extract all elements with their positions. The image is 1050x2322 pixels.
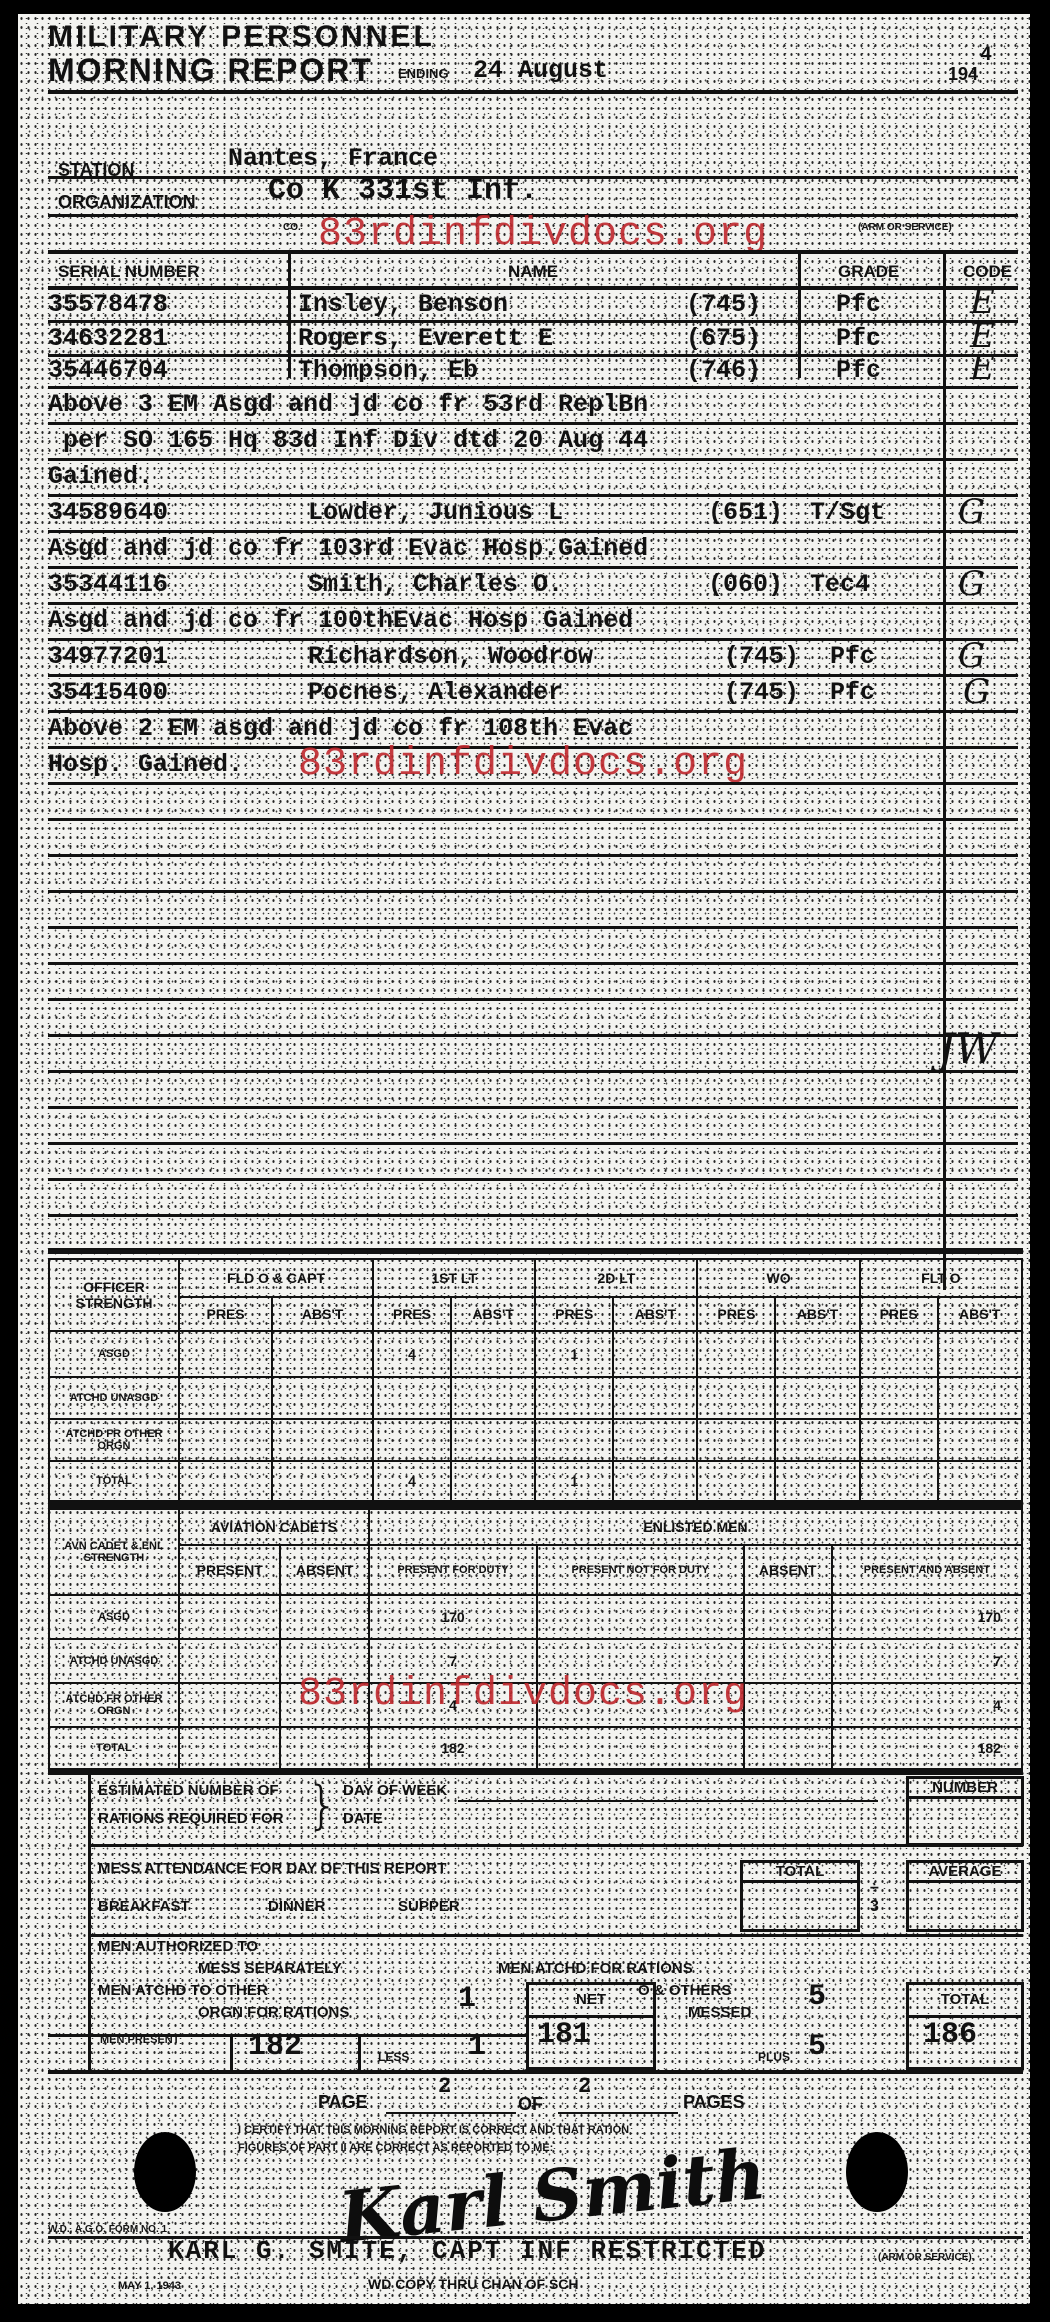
cell xyxy=(451,1461,535,1501)
entry-code: G xyxy=(958,492,985,532)
date-label: DATE xyxy=(343,1810,383,1827)
form-title-line2: MORNING REPORT xyxy=(48,52,373,89)
of-label: OF xyxy=(518,2094,543,2115)
cell xyxy=(697,1331,775,1377)
enlisted-strength-table: AVN CADET & ENL STRENGTH AVIATION CADETS… xyxy=(48,1508,1023,1770)
sub-header: PRES xyxy=(179,1297,272,1331)
entry-remark: per SO 165 Hq 83d Inf Div dtd 20 Aug 44 xyxy=(63,426,648,455)
page-label: PAGE xyxy=(318,2092,368,2113)
binder-hole-right xyxy=(846,2132,908,2212)
less-label: LESS xyxy=(378,2050,409,2064)
organization-label: ORGANIZATION xyxy=(58,192,196,213)
entry-name: Thompson, Eb xyxy=(298,356,478,385)
total-label: TOTAL xyxy=(909,1985,1021,2018)
handwritten-initials: JW xyxy=(938,1024,998,1073)
cell: 4 xyxy=(373,1461,451,1501)
entry-name: Pocnes, Alexander xyxy=(308,678,563,707)
officer-group-header: FLD O & CAPT xyxy=(179,1259,373,1297)
table-row: TOTAL 4 1 xyxy=(49,1461,1022,1501)
entry-grade: T/Sgt xyxy=(810,498,885,527)
cell: 1 xyxy=(535,1331,613,1377)
cell: 170 xyxy=(369,1595,537,1639)
mess-attendance-label: MESS ATTENDANCE FOR DAY OF THIS REPORT xyxy=(98,1860,446,1877)
certify-line-2: FIGURES OF PART II ARE CORRECT AS REPORT… xyxy=(238,2142,553,2154)
row-label: ATCHD UNASGD xyxy=(49,1377,179,1419)
table-row: ATCHD UNASGD xyxy=(49,1377,1022,1419)
dinner-label: DINNER xyxy=(268,1898,326,1915)
entry-serial: 35415400 xyxy=(48,678,168,707)
entry-name: Rogers, Everett E xyxy=(298,324,553,353)
entry-mos: (745) xyxy=(724,678,799,707)
total-label: TOTAL xyxy=(743,1863,857,1883)
entry-remark: Hosp. Gained. xyxy=(48,750,243,779)
entry-code: G xyxy=(958,636,985,676)
number-label: NUMBER xyxy=(909,1779,1021,1799)
net-label: NET xyxy=(529,1985,653,2018)
entry-remark: Above 2 EM asgd and jd co fr 108th Evac xyxy=(48,714,633,743)
cell xyxy=(938,1331,1022,1377)
entry-mos: (745) xyxy=(724,642,799,671)
col-header: PRESENT NOT FOR DUTY xyxy=(537,1545,744,1595)
average-label: AVERAGE xyxy=(909,1863,1021,1883)
sub-header: ABS'T xyxy=(775,1297,859,1331)
entry-grade: Tec4 xyxy=(810,570,870,599)
organization-value: Co K 331st Inf. xyxy=(268,174,538,208)
report-date: 24 August xyxy=(473,56,608,85)
col-code: CODE xyxy=(963,262,1012,282)
entry-serial: 34977201 xyxy=(48,642,168,671)
officer-strength-title: OFFICER STRENGTH xyxy=(49,1259,179,1331)
sub-header: PRES xyxy=(697,1297,775,1331)
men-authorized-label-1: MEN AUTHORIZED TO xyxy=(98,1938,258,1955)
cell xyxy=(272,1461,373,1501)
cell: 182 xyxy=(832,1727,1022,1769)
watermark: 83rdinfdivdocs.org xyxy=(298,742,748,787)
entry-serial: 34589640 xyxy=(48,498,168,527)
men-atchd-other-label-2: ORGN FOR RATIONS xyxy=(198,2004,349,2021)
sub-header: ABS'T xyxy=(938,1297,1022,1331)
cell xyxy=(179,1331,272,1377)
cell: 4 xyxy=(832,1683,1022,1727)
row-label: TOTAL xyxy=(49,1727,179,1769)
row-label: ATCHD FR OTHER ORGN xyxy=(49,1683,179,1727)
total-box: TOTAL 186 xyxy=(906,1982,1024,2070)
men-authorized-label-2: MESS SEPARATELY xyxy=(198,1960,342,1977)
entry-serial: 34632281 xyxy=(48,324,168,353)
page-number: 2 xyxy=(438,2074,451,2099)
cell xyxy=(451,1331,535,1377)
entry-mos: (746) xyxy=(686,356,761,385)
form-id: W.D., A.G.O. FORM NO. 1 xyxy=(48,2224,167,2235)
col-header: ABSENT xyxy=(280,1545,369,1595)
ending-label: ENDING xyxy=(398,66,449,81)
row-label: ATCHD UNASGD xyxy=(49,1639,179,1683)
entry-mos: (060) xyxy=(708,570,783,599)
officer-group-header: WO xyxy=(697,1259,859,1297)
row-label: ASGD xyxy=(49,1331,179,1377)
sub-header: PRES xyxy=(535,1297,613,1331)
entry-remark: Above 3 EM Asgd and jd co fr 53rd ReplBn xyxy=(48,390,648,419)
watermark: 83rdinfdivdocs.org xyxy=(298,1672,748,1717)
cell: 1 xyxy=(535,1461,613,1501)
entry-remark: Gained. xyxy=(48,462,153,491)
others-messed-value: 5 xyxy=(808,1980,826,2014)
net-box: NET 181 xyxy=(526,1982,656,2070)
cell: 182 xyxy=(369,1727,537,1769)
total-pages: 2 xyxy=(578,2074,591,2099)
men-atchd-for-rations-label: MEN ATCHD FOR RATIONS xyxy=(498,1960,693,1977)
col-header: ABSENT xyxy=(744,1545,832,1595)
men-atchd-other-label-1: MEN ATCHD TO OTHER xyxy=(98,1982,268,1999)
men-atchd-other-value: 1 xyxy=(458,1982,476,2016)
entry-code: G xyxy=(958,564,985,604)
total-value: 186 xyxy=(909,2018,1021,2052)
binder-hole-left xyxy=(134,2132,196,2212)
entry-mos: (675) xyxy=(686,324,761,353)
plus-value: 5 xyxy=(808,2030,826,2064)
pages-label: PAGES xyxy=(683,2092,745,2113)
copy-note: WD COPY THRU CHAN OF SCH xyxy=(368,2276,579,2292)
cell: 170 xyxy=(832,1595,1022,1639)
officer-group-header: FLT O xyxy=(860,1259,1022,1297)
ration-number-box: NUMBER xyxy=(906,1776,1024,1846)
table-row: ATCHD FR OTHER ORGN xyxy=(49,1419,1022,1461)
row-label: ATCHD FR OTHER ORGN xyxy=(49,1419,179,1461)
col-header: PRESENT FOR DUTY xyxy=(369,1545,537,1595)
net-value: 181 xyxy=(529,2018,653,2052)
aviation-cadets-header: AVIATION CADETS xyxy=(179,1509,369,1545)
col-grade: GRADE xyxy=(838,262,899,282)
cell xyxy=(860,1331,938,1377)
entry-name: Insley, Benson xyxy=(298,290,508,319)
station-value: Nantes, France xyxy=(228,144,438,173)
service-label: (ARM OR SERVICE) xyxy=(878,2252,972,2263)
entry-mos: (745) xyxy=(686,290,761,319)
breakfast-label: BREAKFAST xyxy=(98,1898,190,1915)
sub-header: ABS'T xyxy=(613,1297,697,1331)
cell xyxy=(775,1331,859,1377)
less-value: 1 xyxy=(468,2030,486,2064)
row-label: TOTAL xyxy=(49,1461,179,1501)
cell xyxy=(613,1331,697,1377)
entry-grade: Pfc xyxy=(836,290,881,319)
enlisted-men-header: ENLISTED MEN xyxy=(369,1509,1022,1545)
cell xyxy=(613,1461,697,1501)
officer-group-header: 2D LT xyxy=(535,1259,697,1297)
supper-label: SUPPER xyxy=(398,1898,460,1915)
col-serial-number: SERIAL NUMBER xyxy=(58,262,199,282)
brace-icon: } xyxy=(306,1776,339,1836)
sub-header: ABS'T xyxy=(272,1297,373,1331)
estimated-rations-label-2: RATIONS REQUIRED FOR xyxy=(98,1810,284,1827)
officer-strength-table: OFFICER STRENGTH FLD O & CAPT 1ST LT 2D … xyxy=(48,1258,1023,1502)
col-header: PRESENT xyxy=(179,1545,280,1595)
table-row: ASGD 4 1 xyxy=(49,1331,1022,1377)
entry-name: Lowder, Junious L xyxy=(308,498,563,527)
col-name: NAME xyxy=(508,262,558,282)
entry-name: Richardson, Woodrow xyxy=(308,642,593,671)
others-messed-label-2: MESSED xyxy=(688,2004,751,2021)
enlisted-strength-title: AVN CADET & ENL STRENGTH xyxy=(49,1509,179,1595)
year-label: 194 xyxy=(948,64,978,85)
col-header: PRESENT AND ABSENT xyxy=(832,1545,1022,1595)
year-digit: 4 xyxy=(980,44,992,67)
entry-remark: Asgd and jd co fr 103rd Evac Hosp.Gained xyxy=(48,534,648,563)
organization-co-label: CO. xyxy=(283,222,301,233)
form-date: MAY 1, 1943 xyxy=(118,2280,181,2292)
row-label: ASGD xyxy=(49,1595,179,1639)
entry-grade: Pfc xyxy=(830,642,875,671)
plus-label: PLUS xyxy=(758,2050,790,2064)
cell xyxy=(272,1331,373,1377)
cell: 7 xyxy=(832,1639,1022,1683)
certify-line-1: I CERTIFY THAT THIS MORNING REPORT IS CO… xyxy=(238,2124,629,2136)
signer-name: KARL G. SMITE, CAPT INF RESTRICTED xyxy=(168,2236,767,2266)
entry-serial: 35344116 xyxy=(48,570,168,599)
sub-header: PRES xyxy=(373,1297,451,1331)
mess-average-box: AVERAGE xyxy=(906,1860,1024,1932)
form-title-line1: MILITARY PERSONNEL xyxy=(48,20,435,54)
divide-icon: ÷ 3 xyxy=(870,1880,886,1916)
organization-service-label: (ARM OR SERVICE) xyxy=(858,222,952,233)
entry-grade: Pfc xyxy=(836,324,881,353)
table-row: ASGD 170 170 xyxy=(49,1595,1022,1639)
officer-group-header: 1ST LT xyxy=(373,1259,535,1297)
sub-header: PRES xyxy=(860,1297,938,1331)
sub-header: ABS'T xyxy=(451,1297,535,1331)
mess-total-box: TOTAL xyxy=(740,1860,860,1932)
entry-grade: Pfc xyxy=(836,356,881,385)
entry-serial: 35578478 xyxy=(48,290,168,319)
men-present-label: MEN PRESENT xyxy=(100,2034,210,2047)
entry-remark: Asgd and jd co fr 100thEvac Hosp Gained xyxy=(48,606,633,635)
morning-report-form: MILITARY PERSONNEL MORNING REPORT ENDING… xyxy=(18,14,1030,2304)
cell xyxy=(179,1461,272,1501)
entry-code: G xyxy=(963,672,990,712)
entry-name: Smith, Charles O. xyxy=(308,570,563,599)
table-row: TOTAL 182 182 xyxy=(49,1727,1022,1769)
entry-code: E xyxy=(970,348,995,388)
day-of-week-label: DAY OF WEEK xyxy=(343,1782,447,1799)
entry-serial: 35446704 xyxy=(48,356,168,385)
cell: 4 xyxy=(373,1331,451,1377)
entry-mos: (651) xyxy=(708,498,783,527)
entry-grade: Pfc xyxy=(830,678,875,707)
men-present-value: 182 xyxy=(248,2030,302,2064)
estimated-rations-label-1: ESTIMATED NUMBER OF xyxy=(98,1782,279,1799)
